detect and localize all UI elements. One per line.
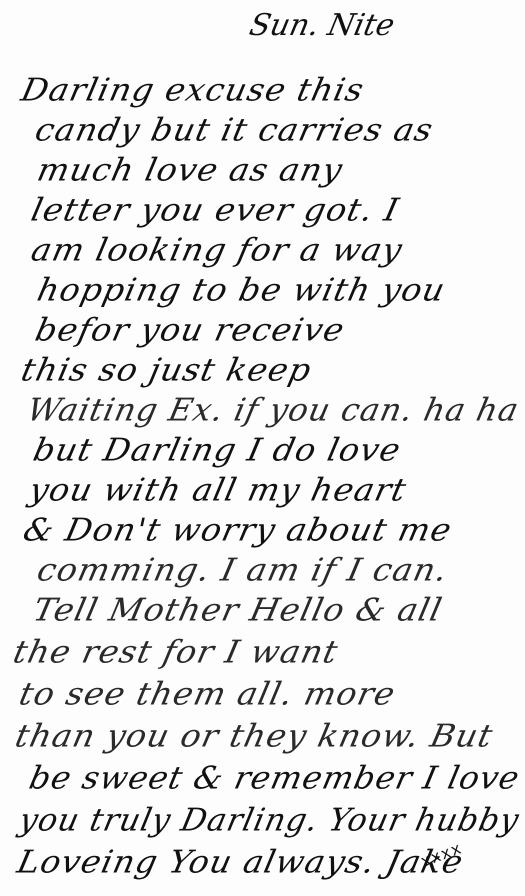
letter-line-10: but Darling I do love (30, 431, 405, 468)
letter-line-8: this so just keep (18, 351, 315, 388)
letter-line-20: Loveing You always. Jake (14, 843, 467, 880)
letter-line-6: hopping to be with you (34, 271, 449, 308)
letter-line-7: befor you receive (32, 311, 348, 348)
letter-line-5: am looking for a way (28, 231, 406, 268)
letter-line-15: the rest for I want (10, 633, 342, 670)
letter-line-17: than you or they know. But (12, 717, 497, 754)
letter-line-4: letter you ever got. I (28, 191, 403, 228)
letter-line-14: Tell Mother Hello & all (30, 591, 446, 628)
letter-line-18: be sweet & remember I love (26, 759, 523, 796)
letter-line-3: much love as any (34, 151, 346, 188)
letter-line-9: Waiting Ex. if you can. ha ha (24, 391, 523, 428)
handwritten-letter: Sun. Nite Darling excuse this candy but … (0, 0, 525, 896)
letter-line-2: candy but it carries as (32, 111, 437, 148)
letter-line-19: you truly Darling. Your hubby (16, 801, 523, 838)
letter-line-16: to see them all. more (16, 675, 399, 712)
letter-line-13: comming. I am if I can. (34, 551, 451, 588)
letter-line-1: Darling excuse this (18, 71, 368, 108)
letter-dateline: Sun. Nite (246, 8, 397, 43)
letter-line-12: & Don't worry about me (20, 511, 455, 548)
letter-line-11: you with all my heart (26, 471, 410, 508)
